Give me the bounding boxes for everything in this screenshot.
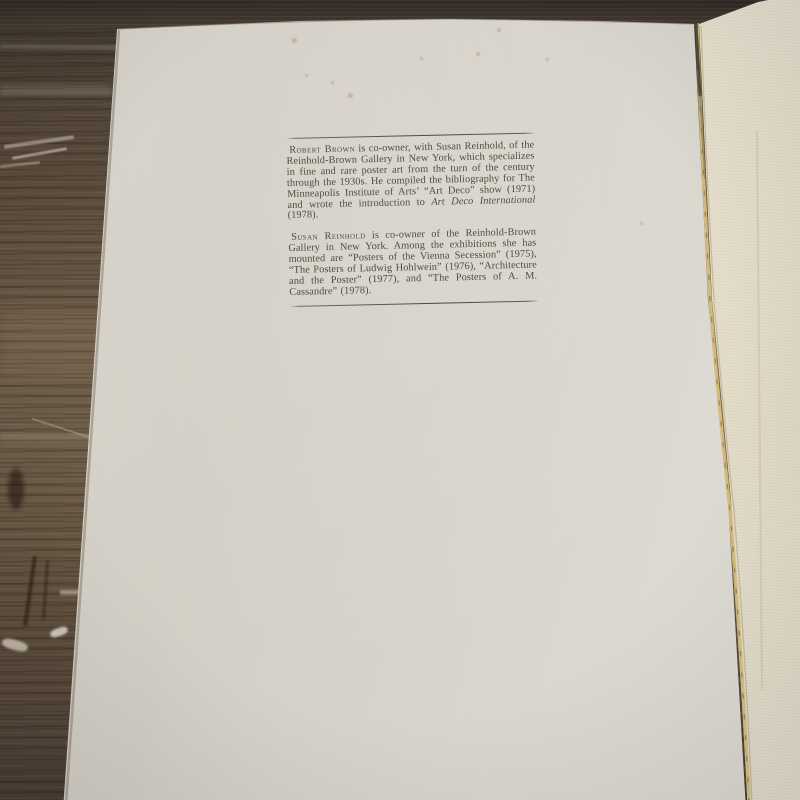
left-page [0, 0, 800, 800]
bio-paragraph-robert-brown: Robert Brown is co-owner, with Susan Rei… [286, 141, 536, 223]
bio-paragraph-susan-reinhold: Susan Reinhold is co-owner of the Reinho… [288, 228, 537, 299]
photo-stage: Robert Brown is co-owner, with Susan Rei… [0, 0, 800, 800]
book-title-italic: Art Deco International [431, 194, 535, 207]
author-bio-block: Robert Brown is co-owner, with Susan Rei… [286, 133, 538, 307]
bio-text: (1978). [288, 210, 319, 222]
